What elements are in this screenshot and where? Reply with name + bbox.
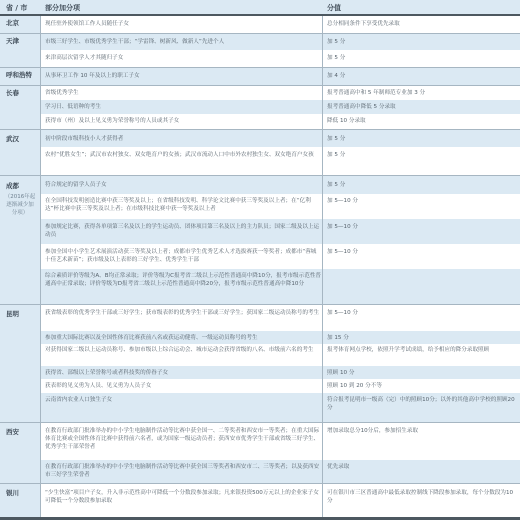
city-label: 武汉 [6, 135, 19, 144]
city-label: 昆明 [6, 310, 19, 319]
value-text: 加 5—10 分 [327, 248, 517, 256]
group-kunming: 昆明 获省级表彰的优秀学生干部或三好学生；获市级表彰的优秀学生干部或三好学生；获… [0, 305, 520, 423]
table-row: 省级优秀学生 报考普通高中和 5 年制师范专业加 3 分 [41, 86, 520, 100]
column-divider [40, 130, 41, 175]
table-row: 参加规定比赛，获得各单项第三名及以上的学生运动员、团体项目第三名及以上的主力队员… [41, 219, 520, 244]
value-text: 报考普通高中降低 5 分录取 [327, 103, 517, 111]
value-text: 加 5 分 [327, 135, 517, 143]
column-divider [322, 16, 323, 33]
item-text: 在教育行政部门批准举办的中小学生电脑制作活动等比赛中获全国三等奖者和西安市二、三… [45, 463, 321, 479]
item-text: 参加规定比赛，获得各单项第三名及以上的学生运动员、团体项目第三名及以上的主力队员… [45, 223, 321, 239]
table-row: 在教育行政部门批准举办的中小学生电脑制作活动等比赛中获全国一、二等奖者和西安市一… [41, 423, 520, 460]
value-text: 增加录取总分10分后，参加招生录取 [327, 427, 517, 435]
table-row: 获得省、部级以上荣誉称号或者科技奖的侨眷子女 照顾 10 分 [41, 366, 520, 379]
group-hohhot: 呼和浩特 从事环卫工作 10 年及以上的职工子女 加 4 分 [0, 68, 520, 86]
item-text: 参加重大国际比赛以及全国性体育比赛获前八名或获运动健将、一级运动员称号的考生 [45, 334, 321, 342]
city-label: 天津 [6, 37, 19, 46]
item-text: 参加全国中小学生艺术展演活动获三等奖及以上者；成都市学生优秀艺术人才选拔赛获一等… [45, 248, 321, 264]
table-row: 获表彰的见义勇为人员、见义勇为人员子女 照顾 10 到 20 分不等 [41, 379, 520, 393]
table-row: 市级三好学生、市级优秀学生干部；“学雷锋、树新风、做新人”先进个人 加 5 分 [41, 34, 520, 50]
value-text: 加 15 分 [327, 334, 517, 342]
table-row: 对获得国家二级以上运动员称号、参加市级以上综合运动会、城市运动会获得省级的八名、… [41, 344, 520, 366]
city-label: 长春 [6, 89, 19, 98]
item-text: 市级三好学生、市级优秀学生干部；“学雷锋、树新风、做新人”先进个人 [45, 38, 321, 46]
bonus-points-table: 省 / 市 部分加分项 分值 北京 现任驻外使领馆工作人员随任子女 总分相同条件… [0, 0, 520, 520]
column-divider [40, 423, 41, 483]
table-row: 学习日、低语种的考生 报考普通高中降低 5 分录取 [41, 100, 520, 114]
table-row: 云南省内农业人口独生子女 符合报考昆明市一级高（完）中的照顾10分；以外的其他高… [41, 393, 520, 422]
table-row: 现任驻外使领馆工作人员随任子女 总分相同条件下享受优先录取 [41, 16, 520, 33]
table-row: 参加全国中小学生艺术展演活动获三等奖及以上者；成都市学生优秀艺术人才选拔赛获一等… [41, 244, 520, 269]
column-divider [322, 34, 323, 67]
group-yinchuan: 银川 “少生快富”项目户子女，升入非示范性高中可降低一个分数段参加录取；凡来银投… [0, 484, 520, 517]
column-divider [40, 86, 41, 129]
table-row: 综合素质评价等级为A、B均正常录取；评价等级为C报考省二级以上示范性普通高中降1… [41, 269, 520, 304]
value-text: 照顾 10 到 20 分不等 [327, 382, 517, 390]
value-text: 加 5—10 分 [327, 223, 517, 231]
table-row: 符合规定的留学人员子女 加 5 分 [41, 176, 520, 194]
item-text: 获省级表彰的优秀学生干部或三好学生；获市级表彰的优秀学生干部或三好学生；获国家二… [45, 309, 321, 317]
value-text: 符合报考昆明市一级高（完）中的照顾10分；以外的其他高中学校的照顾20分 [327, 396, 517, 412]
table-row: 参加重大国际比赛以及全国性体育比赛获前八名或获运动健将、一级运动员称号的考生 加… [41, 331, 520, 344]
item-text: 获得市（州）及以上见义勇为荣誉称号的人员或其子女 [45, 117, 321, 125]
city-label: 呼和浩特 [6, 71, 32, 80]
table-row: 初中阶段市级科技小人才获得者 加 5 分 [41, 130, 520, 147]
item-text: 对获得国家二级以上运动员称号、参加市级以上综合运动会、城市运动会获得省级的八名、… [45, 346, 321, 354]
city-label: 北京 [6, 19, 19, 28]
table-row: 获得市（州）及以上见义勇为荣誉称号的人员或其子女 降低 10 分录取 [41, 114, 520, 129]
item-text: 学习日、低语种的考生 [45, 103, 321, 111]
column-divider [322, 86, 323, 129]
column-divider [40, 34, 41, 67]
item-text: 云南省内农业人口独生子女 [45, 396, 321, 404]
item-text: 农村“优胜女生”；武汉市农村独女、双女绝育户的女孩；武汉市流动人口中市外农村独生… [45, 151, 321, 159]
value-text: 加 5 分 [327, 181, 517, 189]
item-text: 符合规定的留学人员子女 [45, 181, 321, 189]
table-row: 在教育行政部门批准举办的中小学生电脑制作活动等比赛中获全国三等奖者和西安市二、三… [41, 460, 520, 483]
value-text: 降低 10 分录取 [327, 117, 517, 125]
column-divider [40, 68, 41, 85]
value-text: 可在银川市三区普通高中最低录取控制线下降段参加录取，每个分数段为10分 [327, 489, 517, 505]
column-divider [40, 305, 41, 422]
column-divider [322, 176, 323, 304]
column-divider [40, 16, 41, 33]
value-text: 优先录取 [327, 463, 517, 471]
group-tianjin: 天津 市级三好学生、市级优秀学生干部；“学雷锋、树新风、做新人”先进个人 加 5… [0, 34, 520, 68]
group-chengdu: 成都 （2016年起逐渐减少加分项） 符合规定的留学人员子女 加 5 分 在全国… [0, 176, 520, 305]
column-divider [322, 68, 323, 85]
column-divider [322, 130, 323, 175]
group-changchun: 长春 省级优秀学生 报考普通高中和 5 年制师范专业加 3 分 学习日、低语种的… [0, 86, 520, 130]
group-beijing: 北京 现任驻外使领馆工作人员随任子女 总分相同条件下享受优先录取 [0, 16, 520, 34]
item-text: 综合素质评价等级为A、B均正常录取；评价等级为C报考省二级以上示范性普通高中降1… [45, 272, 321, 288]
value-text: 报考普通高中和 5 年制师范专业加 3 分 [327, 89, 517, 97]
item-text: 来津高层次留学人才其随归子女 [45, 54, 321, 62]
item-text: 获得省、部级以上荣誉称号或者科技奖的侨眷子女 [45, 369, 321, 377]
value-text: 加 5 分 [327, 54, 517, 62]
table-row: 来津高层次留学人才其随归子女 加 5 分 [41, 50, 520, 67]
item-text: 获表彰的见义勇为人员、见义勇为人员子女 [45, 382, 321, 390]
table-row: 在全国科技发明创造比赛中获三等奖及以上；在省级科技发明、科学论文比赛中获三等奖及… [41, 194, 520, 219]
table-header: 省 / 市 部分加分项 分值 [0, 0, 520, 14]
table-row: “少生快富”项目户子女，升入非示范性高中可降低一个分数段参加录取；凡来银投资50… [41, 484, 520, 517]
value-text: 报考体育网点学校，依照升学考试成绩，给予相应的降分录取照顾 [327, 346, 517, 354]
table-row: 农村“优胜女生”；武汉市农村独女、双女绝育户的女孩；武汉市流动人口中市外农村独生… [41, 147, 520, 175]
item-text: 在教育行政部门批准举办的中小学生电脑制作活动等比赛中获全国一、二等奖者和西安市一… [45, 427, 321, 451]
item-text: 从事环卫工作 10 年及以上的职工子女 [45, 72, 321, 80]
header-city: 省 / 市 [6, 3, 27, 13]
value-text: 加 5 分 [327, 151, 517, 159]
city-label: 西安 [6, 428, 19, 437]
item-text: 在全国科技发明创造比赛中获三等奖及以上；在省级科技发明、科学论文比赛中获三等奖及… [45, 197, 321, 213]
city-note: （2016年起逐渐减少加分项） [4, 193, 36, 217]
column-divider [40, 176, 41, 304]
value-text: 加 4 分 [327, 72, 517, 80]
column-divider [322, 423, 323, 483]
city-label: 银川 [6, 489, 19, 498]
value-text: 照顾 10 分 [327, 369, 517, 377]
value-text: 加 5 分 [327, 38, 517, 46]
column-divider [40, 484, 41, 517]
item-text: 省级优秀学生 [45, 89, 321, 97]
column-divider [322, 305, 323, 422]
table-row: 从事环卫工作 10 年及以上的职工子女 加 4 分 [41, 68, 520, 85]
header-item: 部分加分项 [45, 3, 80, 13]
group-xian: 西安 在教育行政部门批准举办的中小学生电脑制作活动等比赛中获全国一、二等奖者和西… [0, 423, 520, 484]
item-text: 初中阶段市级科技小人才获得者 [45, 135, 321, 143]
group-wuhan: 武汉 初中阶段市级科技小人才获得者 加 5 分 农村“优胜女生”；武汉市农村独女… [0, 130, 520, 176]
header-value: 分值 [327, 3, 341, 13]
city-label: 成都 [6, 182, 19, 191]
item-text: 现任驻外使领馆工作人员随任子女 [45, 20, 321, 28]
value-text: 加 5—10 分 [327, 309, 517, 317]
column-divider [322, 484, 323, 517]
table-row: 获省级表彰的优秀学生干部或三好学生；获市级表彰的优秀学生干部或三好学生；获国家二… [41, 305, 520, 331]
value-text: 总分相同条件下享受优先录取 [327, 20, 517, 28]
item-text: “少生快富”项目户子女，升入非示范性高中可降低一个分数段参加录取；凡来银投资50… [45, 489, 321, 505]
value-text: 加 5—10 分 [327, 197, 517, 205]
